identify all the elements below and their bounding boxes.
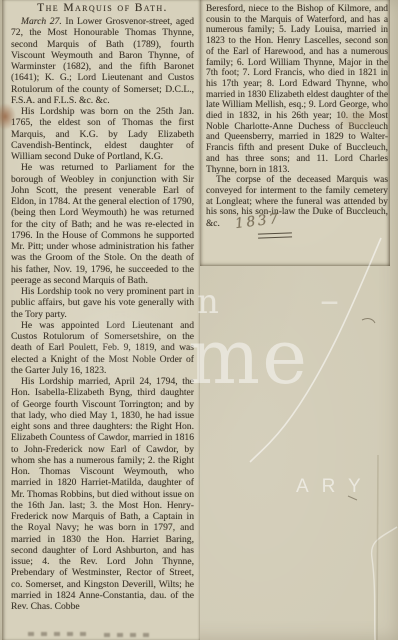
paragraph-5: He was appointed Lord Lieutenant and Cus… — [11, 320, 194, 376]
paragraph-4: His Lordship took no very prominent part… — [11, 286, 194, 320]
paragraph-6: His Lordship married, April 24, 1794, th… — [11, 376, 194, 612]
end-rule — [258, 232, 292, 238]
crease-bottom-right — [372, 527, 397, 640]
cut-off-text-remnant — [28, 632, 88, 636]
paragraph-2: His Lordship was born on the 25th Jan. 1… — [11, 106, 194, 162]
cut-off-text-remnant — [104, 633, 156, 637]
paragraph-6-continued: Beresford, niece to the Bishop of Kilmor… — [206, 4, 388, 175]
paragraph-1: March 27. In Lower Grosvenor-street, age… — [11, 16, 194, 106]
date-lead: March 27. — [21, 16, 62, 27]
watermark-dash: – — [320, 278, 339, 322]
scanned-obituary-clipping: The Marquis of Bath. March 27. In Lower … — [0, 0, 398, 640]
left-column: The Marquis of Bath. March 27. In Lower … — [11, 2, 194, 612]
pencil-mark — [348, 496, 357, 500]
paragraph-1-text: In Lower Grosvenor-street, aged 72, the … — [11, 16, 194, 106]
pencil-mark — [362, 319, 375, 323]
watermark-letters-ary: ARY — [296, 476, 374, 498]
watermark-letters-me: me — [188, 312, 309, 401]
article-title: The Marquis of Bath. — [11, 2, 194, 15]
paragraph-7: The corpse of the deceased Marquis was c… — [206, 175, 388, 230]
paragraph-3: He was returned to Parliament for the bo… — [11, 162, 194, 286]
right-column: Beresford, niece to the Bishop of Kilmor… — [206, 4, 388, 238]
watermark-letter-n: n — [197, 282, 219, 322]
crease-diagonal — [250, 238, 381, 462]
edge-streak — [377, 455, 378, 640]
